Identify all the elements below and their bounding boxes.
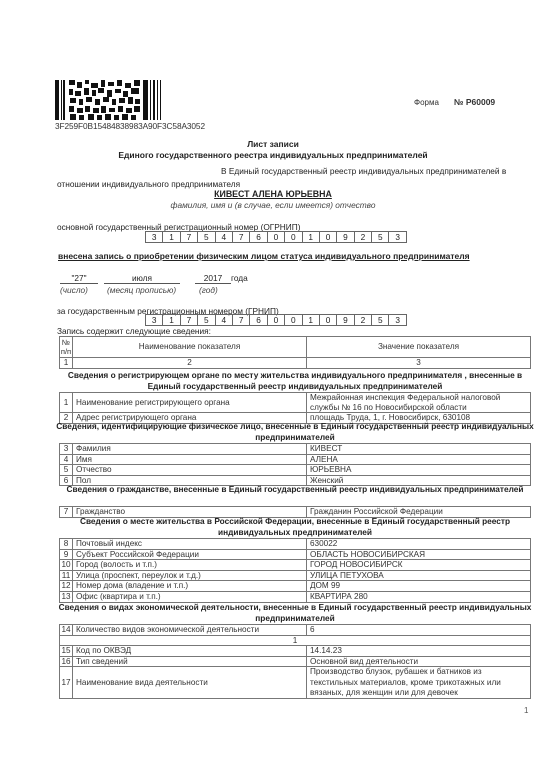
table-row: 3ФамилияКИВЕСТ bbox=[60, 444, 531, 455]
row-name: Тип сведений bbox=[73, 656, 307, 667]
date-year: 2017 bbox=[195, 273, 231, 284]
row-number: 4 bbox=[60, 454, 73, 465]
digit-box: 0 bbox=[320, 314, 337, 326]
digit-box: 1 bbox=[303, 231, 320, 243]
row-value: 6 bbox=[307, 625, 531, 636]
digit-box: 7 bbox=[233, 314, 250, 326]
digit-box: 3 bbox=[145, 314, 163, 326]
header-col-number: № п/п bbox=[60, 337, 73, 358]
digit-box: 1 bbox=[163, 231, 180, 243]
year-caption: (год) bbox=[199, 285, 218, 295]
digit-box: 6 bbox=[250, 314, 267, 326]
section-citizenship: Сведения о гражданстве, внесенные в Един… bbox=[55, 484, 535, 495]
table-identity: 3ФамилияКИВЕСТ 4ИмяАЛЕНА 5ОтчествоЮРЬЕВН… bbox=[59, 443, 531, 486]
table-row: 8Почтовый индекс630022 bbox=[60, 539, 531, 550]
digit-box: 0 bbox=[268, 231, 285, 243]
digit-box: 1 bbox=[163, 314, 180, 326]
date-month: июля bbox=[104, 273, 180, 284]
row-value: 14.14.23 bbox=[307, 646, 531, 657]
row-name: Фамилия bbox=[73, 444, 307, 455]
table-reg-organ: 1 Наименование регистрирующего органа Ме… bbox=[59, 392, 531, 424]
digit-box: 5 bbox=[198, 231, 215, 243]
row-number: 3 bbox=[60, 444, 73, 455]
header-col-value: Значение показателя bbox=[307, 337, 531, 358]
barcode-image bbox=[55, 80, 173, 120]
row-name: Номер дома (владение и т.п.) bbox=[73, 581, 307, 592]
table-activity: 14Количество видов экономической деятель… bbox=[59, 624, 531, 699]
table-row-group: 1 bbox=[60, 635, 531, 646]
header-num-3: 3 bbox=[307, 358, 531, 369]
document-title: Лист записи bbox=[0, 139, 546, 149]
row-name: Субъект Российской Федерации bbox=[73, 549, 307, 560]
intro-line-1: В Единый государственный реестр индивиду… bbox=[221, 166, 506, 176]
row-number: 13 bbox=[60, 591, 73, 602]
activity-group-number: 1 bbox=[60, 635, 531, 646]
digit-box: 2 bbox=[355, 231, 372, 243]
row-name: Почтовый индекс bbox=[73, 539, 307, 550]
header-col-name: Наименование показателя bbox=[73, 337, 307, 358]
entrepreneur-name: КИВЕСТ АЛЕНА ЮРЬЕВНА bbox=[0, 189, 546, 199]
row-number: 1 bbox=[60, 393, 73, 413]
digit-box: 5 bbox=[372, 314, 389, 326]
digit-box: 5 bbox=[198, 314, 215, 326]
row-value: Межрайонная инспекция Федеральной налого… bbox=[307, 393, 531, 413]
row-name: Офис (квартира и т.п.) bbox=[73, 591, 307, 602]
month-caption: (месяц прописью) bbox=[107, 285, 176, 295]
row-number: 5 bbox=[60, 465, 73, 476]
section-reg-organ: Сведения о регистрирующем органе по мест… bbox=[55, 370, 535, 392]
row-value: ДОМ 99 bbox=[307, 581, 531, 592]
digit-box: 9 bbox=[337, 231, 354, 243]
row-name: Улица (проспект, переулок и т.д.) bbox=[73, 570, 307, 581]
day-caption: (число) bbox=[60, 285, 88, 295]
row-number: 15 bbox=[60, 646, 73, 657]
digit-box: 4 bbox=[216, 231, 233, 243]
header-table: № п/п Наименование показателя Значение п… bbox=[59, 336, 531, 369]
digit-box: 7 bbox=[181, 314, 198, 326]
digit-box: 1 bbox=[303, 314, 320, 326]
row-value: Производство блузок, рубашек и батников … bbox=[307, 667, 531, 699]
page-number: 1 bbox=[524, 706, 528, 715]
table-row: 13Офис (квартира и т.п.)КВАРТИРА 280 bbox=[60, 591, 531, 602]
digit-box: 2 bbox=[355, 314, 372, 326]
form-number: № Р60009 bbox=[454, 97, 495, 107]
table-row: 17Наименование вида деятельностиПроизвод… bbox=[60, 667, 531, 699]
digit-box: 0 bbox=[285, 231, 302, 243]
header-num-2: 2 bbox=[73, 358, 307, 369]
digit-box: 7 bbox=[181, 231, 198, 243]
table-row: 15Код по ОКВЭД14.14.23 bbox=[60, 646, 531, 657]
entry-description: внесена запись о приобретении физическим… bbox=[58, 251, 470, 261]
row-value: ОБЛАСТЬ НОВОСИБИРСКАЯ bbox=[307, 549, 531, 560]
row-name: Наименование вида деятельности bbox=[73, 667, 307, 699]
row-name: Код по ОКВЭД bbox=[73, 646, 307, 657]
table-row: 5ОтчествоЮРЬЕВНА bbox=[60, 465, 531, 476]
row-value: ЮРЬЕВНА bbox=[307, 465, 531, 476]
table-row: 11Улица (проспект, переулок и т.д.)УЛИЦА… bbox=[60, 570, 531, 581]
row-number: 12 bbox=[60, 581, 73, 592]
row-value: КВАРТИРА 280 bbox=[307, 591, 531, 602]
header-num-1: 1 bbox=[60, 358, 73, 369]
digit-box: 5 bbox=[372, 231, 389, 243]
row-name: Количество видов экономической деятельно… bbox=[73, 625, 307, 636]
row-number: 14 bbox=[60, 625, 73, 636]
barcode-code: 3F259F0B15484838983A90F3C58A3052 bbox=[55, 121, 205, 131]
table-row: 10Город (волость и т.п.)ГОРОД НОВОСИБИРС… bbox=[60, 560, 531, 571]
contains-label: Запись содержит следующие сведения: bbox=[57, 326, 211, 336]
section-identity: Сведения, идентифицирующие физическое ли… bbox=[55, 421, 535, 443]
form-label: Форма bbox=[414, 98, 439, 107]
date-suffix: года bbox=[231, 273, 248, 283]
digit-box: 4 bbox=[216, 314, 233, 326]
digit-box: 9 bbox=[337, 314, 354, 326]
table-row: 12Номер дома (владение и т.п.)ДОМ 99 bbox=[60, 581, 531, 592]
name-caption: фамилия, имя и (в случае, если имеется) … bbox=[0, 200, 546, 210]
digit-box: 3 bbox=[389, 314, 406, 326]
digit-box: 0 bbox=[285, 314, 302, 326]
row-number: 9 bbox=[60, 549, 73, 560]
row-value: 630022 bbox=[307, 539, 531, 550]
table-row: 16Тип сведенийОсновной вид деятельности bbox=[60, 656, 531, 667]
date-day: "27" bbox=[60, 273, 98, 284]
digit-box: 7 bbox=[233, 231, 250, 243]
row-name: Город (волость и т.п.) bbox=[73, 560, 307, 571]
row-value: Основной вид деятельности bbox=[307, 656, 531, 667]
section-activity: Сведения о видах экономической деятельно… bbox=[55, 602, 535, 624]
row-number: 8 bbox=[60, 539, 73, 550]
table-row: 9Субъект Российской ФедерацииОБЛАСТЬ НОВ… bbox=[60, 549, 531, 560]
row-number: 17 bbox=[60, 667, 73, 699]
intro-line-2: отношении индивидуального предпринимател… bbox=[57, 179, 240, 189]
row-name: Отчество bbox=[73, 465, 307, 476]
row-value: УЛИЦА ПЕТУХОВА bbox=[307, 570, 531, 581]
row-name: Наименование регистрирующего органа bbox=[73, 393, 307, 413]
row-number: 11 bbox=[60, 570, 73, 581]
row-name: Имя bbox=[73, 454, 307, 465]
row-value: КИВЕСТ bbox=[307, 444, 531, 455]
table-row: 14Количество видов экономической деятель… bbox=[60, 625, 531, 636]
digit-box: 6 bbox=[250, 231, 267, 243]
table-row: 1 Наименование регистрирующего органа Ме… bbox=[60, 393, 531, 413]
table-residence: 8Почтовый индекс630022 9Субъект Российск… bbox=[59, 538, 531, 603]
grnip-number: 317547600109253 bbox=[145, 314, 407, 326]
table-row: 4ИмяАЛЕНА bbox=[60, 454, 531, 465]
row-value: АЛЕНА bbox=[307, 454, 531, 465]
row-value: ГОРОД НОВОСИБИРСК bbox=[307, 560, 531, 571]
row-number: 16 bbox=[60, 656, 73, 667]
digit-box: 3 bbox=[145, 231, 163, 243]
row-number: 10 bbox=[60, 560, 73, 571]
digit-box: 3 bbox=[389, 231, 406, 243]
section-residence: Сведения о месте жительства в Российской… bbox=[55, 516, 535, 538]
digit-box: 0 bbox=[320, 231, 337, 243]
ogrnip-number: 317547600109253 bbox=[145, 231, 407, 243]
document-subtitle: Единого государственного реестра индивид… bbox=[0, 150, 546, 160]
digit-box: 0 bbox=[268, 314, 285, 326]
